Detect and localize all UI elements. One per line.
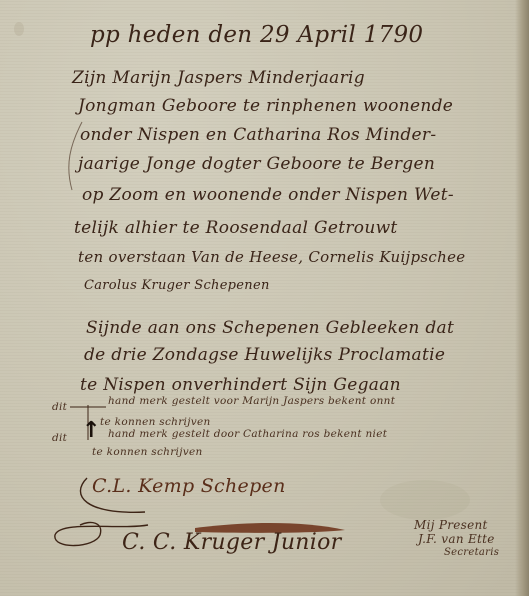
body-line: ten overstaan Van de Heese, Cornelis Kui…: [78, 248, 465, 266]
body-line: onder Nispen en Catharina Ros Minder-: [80, 125, 436, 145]
attestation-line: Secretaris: [444, 547, 499, 558]
paper-stain: [380, 480, 470, 520]
manuscript-page: pp heden den 29 April 1790 Zijn Marijn J…: [0, 0, 529, 596]
body-line: Carolus Kruger Schepenen: [84, 278, 270, 293]
body-line: te Nispen onverhindert Sijn Gegaan: [80, 375, 401, 395]
body-line: Sijnde aan ons Schepenen Gebleeken dat: [86, 318, 454, 338]
margin-note-continuation: te konnen schrijven: [100, 416, 211, 428]
cross-mark-icon: ↑: [82, 418, 100, 443]
attestation-line: Mij Present: [414, 518, 488, 532]
margin-note-prefix: dit: [52, 432, 67, 444]
body-line: jaarige Jonge dogter Geboore te Bergen: [78, 154, 435, 174]
margin-note-prefix: dit: [52, 401, 67, 413]
signature-kemp: C.L. Kemp Schepen: [92, 475, 286, 497]
body-line: op Zoom en woonende onder Nispen Wet-: [82, 185, 454, 205]
margin-note: hand merk gestelt door Catharina ros bek…: [108, 428, 387, 440]
attestation-line: J.F. van Ette: [418, 532, 495, 546]
record-header: pp heden den 29 April 1790: [90, 22, 423, 48]
body-line: de drie Zondagse Huwelijks Proclamatie: [84, 345, 445, 365]
margin-note-continuation: te konnen schrijven: [92, 446, 203, 458]
page-binding-edge: [515, 0, 529, 596]
body-line: telijk alhier te Roosendaal Getrouwt: [74, 218, 398, 238]
paper-stain: [14, 22, 24, 36]
signature-kruger: C. C. Kruger Junior: [122, 530, 341, 555]
body-line: Jongman Geboore te rinphenen woonende: [78, 96, 453, 116]
margin-note: hand merk gestelt voor Marijn Jaspers be…: [108, 395, 395, 407]
body-line: Zijn Marijn Jaspers Minderjaarig: [72, 68, 365, 88]
